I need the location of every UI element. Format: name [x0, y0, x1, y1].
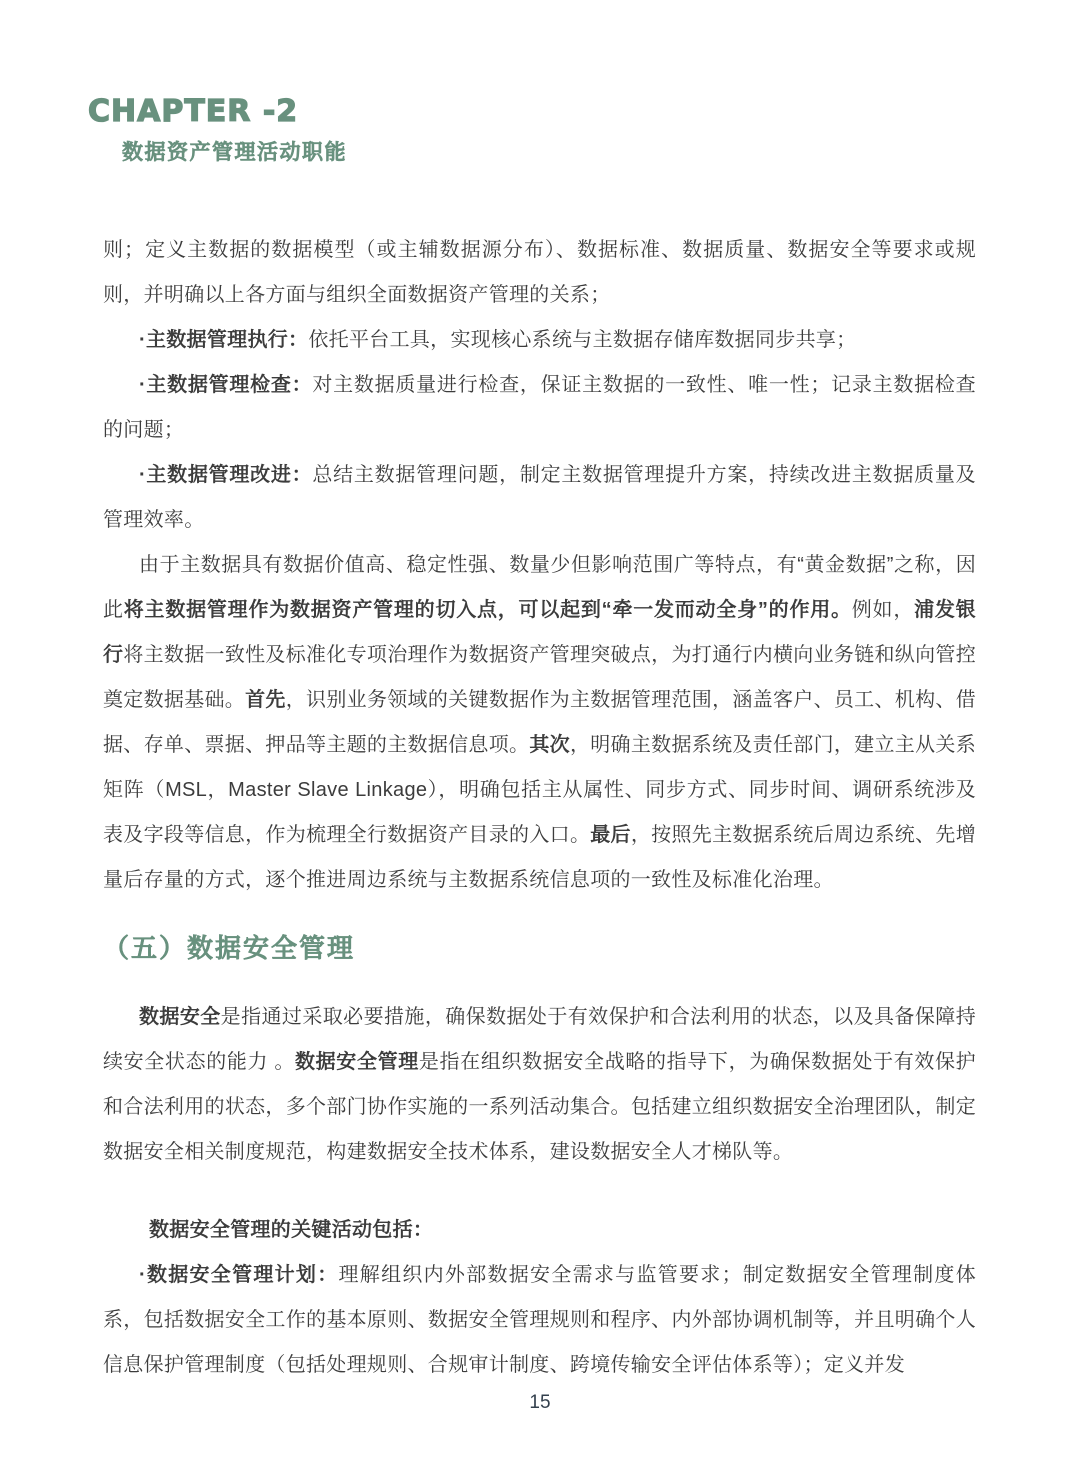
- paragraph-data-security-definition: 数据安全是指通过采取必要措施，确保数据处于有效保护和合法利用的状态，以及具备保障…: [103, 995, 976, 1175]
- document-body: 则；定义主数据的数据模型（或主辅数据源分布）、数据标准、数据质量、数据安全等要求…: [103, 228, 976, 1388]
- paragraph-master-data-rules-continued: 则；定义主数据的数据模型（或主辅数据源分布）、数据标准、数据质量、数据安全等要求…: [103, 228, 976, 318]
- bold-text-segment: 将主数据管理作为数据资产管理的切入点，可以起到“牵一发而动全身”的作用。: [124, 599, 852, 621]
- page-number: 15: [529, 1392, 550, 1413]
- section-heading-data-security: （五）数据安全管理: [103, 929, 976, 967]
- text-segment: 则；定义主数据的数据模型（或主辅数据源分布）、数据标准、数据质量、数据安全等要求…: [103, 239, 976, 306]
- bold-text-segment: 数据安全: [139, 1006, 221, 1028]
- bold-text-segment: ·数据安全管理计划：: [139, 1264, 339, 1286]
- text-segment: 例如，: [852, 599, 914, 621]
- bullet-master-data-improvement: ·主数据管理改进：总结主数据管理问题，制定主数据管理提升方案，持续改进主数据质量…: [103, 453, 976, 543]
- bold-text-segment: ·主数据管理改进：: [139, 464, 312, 486]
- bullet-master-data-check: ·主数据管理检查：对主数据质量进行检查，保证主数据的一致性、唯一性；记录主数据检…: [103, 363, 976, 453]
- bold-text-segment: （五）数据安全管理: [103, 933, 355, 963]
- bold-text-segment: 数据安全管理: [295, 1051, 419, 1073]
- chapter-label: CHAPTER -2: [88, 94, 347, 129]
- document-page: CHAPTER -2 数据资产管理活动职能 则；定义主数据的数据模型（或主辅数据…: [0, 0, 1080, 1466]
- bold-text-segment: ·主数据管理执行：: [139, 329, 308, 351]
- key-activities-label: 数据安全管理的关键活动包括：: [103, 1208, 976, 1253]
- bold-text-segment: 首先: [245, 689, 286, 711]
- bold-text-segment: 最后: [590, 824, 631, 846]
- page-footer: 15: [0, 1392, 1080, 1414]
- chapter-header: CHAPTER -2 数据资产管理活动职能: [88, 94, 347, 166]
- chapter-subtitle: 数据资产管理活动职能: [122, 136, 347, 166]
- bullet-master-data-execution: ·主数据管理执行：依托平台工具，实现核心系统与主数据存储库数据同步共享；: [103, 318, 976, 363]
- paragraph-golden-data-case: 由于主数据具有数据价值高、稳定性强、数量少但影响范围广等特点，有“黄金数据”之称…: [103, 543, 976, 903]
- bullet-data-security-plan: ·数据安全管理计划：理解组织内外部数据安全需求与监管要求；制定数据安全管理制度体…: [103, 1253, 976, 1388]
- bold-text-segment: 其次: [529, 734, 570, 756]
- bold-text-segment: ·主数据管理检查：: [139, 374, 312, 396]
- bold-text-segment: 数据安全管理的关键活动包括：: [149, 1219, 433, 1241]
- text-segment: 依托平台工具，实现核心系统与主数据存储库数据同步共享；: [308, 329, 856, 351]
